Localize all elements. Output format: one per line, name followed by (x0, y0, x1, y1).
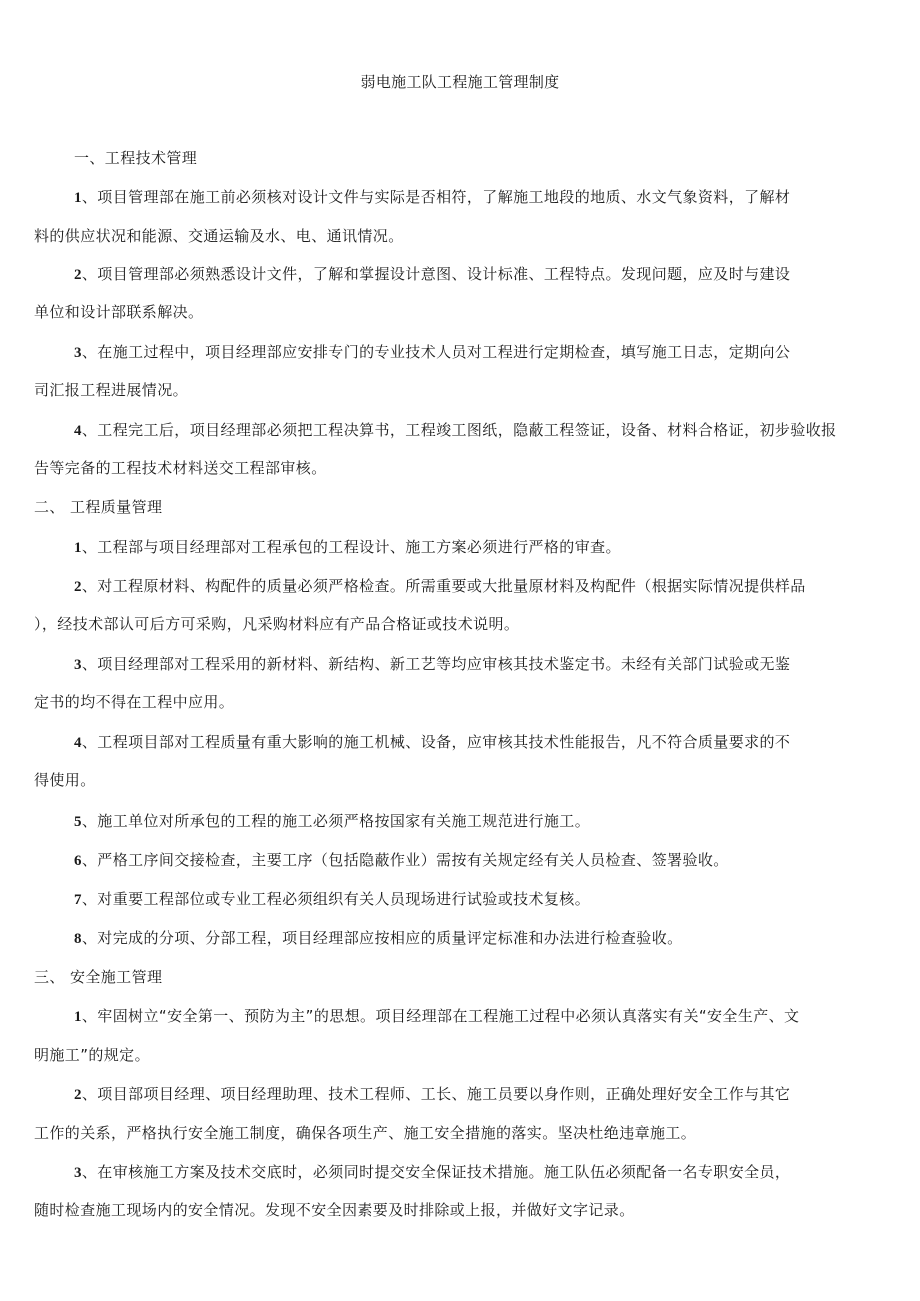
item-number: 3 (74, 657, 82, 673)
item-number: 2 (74, 579, 82, 595)
document-page: 弱电施工队工程施工管理制度 一、工程技术管理 1、项目管理部在施工前必须核对设计… (0, 0, 920, 1301)
item-text: 、在施工过程中，项目经理部应安排专门的专业技术人员对工程进行定期检查，填写施工日… (82, 343, 790, 361)
item-number: 3 (74, 1165, 82, 1181)
paragraph-line: 4、工程完工后，项目经理部必须把工程决算书，工程竣工图纸，隐蔽工程签证，设备、材… (74, 420, 837, 441)
paragraph-line: 单位和设计部联系解决。 (34, 302, 203, 322)
paragraph-line: ），经技术部认可后方可采购，凡采购材料应有产品合格证或技术说明。 (34, 614, 519, 634)
section-heading-technical: 一、工程技术管理 (74, 148, 197, 168)
item-text: 、施工单位对所承包的工程的施工必须严格按国家有关施工规范进行施工。 (82, 812, 590, 830)
item-number: 4 (74, 735, 82, 751)
paragraph-line: 2、项目部项目经理、项目经理助理、技术工程师、工长、施工员要以身作则，正确处理好… (74, 1084, 790, 1105)
paragraph-line: 得使用。 (34, 770, 96, 790)
paragraph-line: 3、在施工过程中，项目经理部应安排专门的专业技术人员对工程进行定期检查，填写施工… (74, 342, 790, 363)
item-number: 8 (74, 931, 82, 947)
item-number: 1 (74, 190, 82, 206)
document-title: 弱电施工队工程施工管理制度 (0, 72, 920, 92)
paragraph-line: 料的供应状况和能源、交通运输及水、电、通讯情况。 (34, 226, 404, 246)
paragraph-line: 司汇报工程进展情况。 (34, 380, 188, 400)
paragraph-line: 3、项目经理部对工程采用的新材料、新结构、新工艺等均应审核其技术鉴定书。未经有关… (74, 654, 790, 675)
item-text: 、工程部与项目经理部对工程承包的工程设计、施工方案必须进行严格的审查。 (82, 538, 621, 556)
item-text: 、项目管理部在施工前必须核对设计文件与实际是否相符，了解施工地段的地质、水文气象… (82, 188, 790, 206)
item-text: 、项目经理部对工程采用的新材料、新结构、新工艺等均应审核其技术鉴定书。未经有关部… (82, 655, 790, 673)
paragraph-line: 1、工程部与项目经理部对工程承包的工程设计、施工方案必须进行严格的审查。 (74, 537, 621, 558)
item-text: 、对完成的分项、分部工程，项目经理部应按相应的质量评定标准和办法进行检查验收。 (82, 929, 683, 947)
item-text: 、工程完工后，项目经理部必须把工程决算书，工程竣工图纸，隐蔽工程签证，设备、材料… (82, 421, 837, 439)
item-number: 1 (74, 1009, 82, 1025)
item-number: 1 (74, 540, 82, 556)
item-number: 3 (74, 345, 82, 361)
paragraph-line: 5、施工单位对所承包的工程的施工必须严格按国家有关施工规范进行施工。 (74, 811, 590, 832)
paragraph-line: 1、牢固树立“安全第一、预防为主”的思想。项目经理部在工程施工过程中必须认真落实… (74, 1006, 799, 1027)
paragraph-line: 定书的均不得在工程中应用。 (34, 692, 234, 712)
item-text: 、项目管理部必须熟悉设计文件，了解和掌握设计意图、设计标准、工程特点。发现问题，… (82, 265, 790, 283)
paragraph-line: 2、对工程原材料、构配件的质量必须严格检查。所需重要或大批量原材料及构配件（根据… (74, 576, 806, 597)
paragraph-line: 明施工”的规定。 (34, 1045, 150, 1065)
paragraph-line: 7、对重要工程部位或专业工程必须组织有关人员现场进行试验或技术复核。 (74, 889, 590, 910)
paragraph-line: 随时检查施工现场内的安全情况。发现不安全因素要及时排除或上报，并做好文字记录。 (34, 1200, 635, 1220)
item-number: 6 (74, 853, 82, 869)
paragraph-line: 8、对完成的分项、分部工程，项目经理部应按相应的质量评定标准和办法进行检查验收。 (74, 928, 683, 949)
item-number: 4 (74, 423, 82, 439)
section-heading-safety: 三、 安全施工管理 (34, 967, 162, 987)
item-text: 、在审核施工方案及技术交底时，必须同时提交安全保证技术措施。施工队伍必须配备一名… (82, 1163, 790, 1181)
item-number: 7 (74, 892, 82, 908)
item-text: 、牢固树立“安全第一、预防为主”的思想。项目经理部在工程施工过程中必须认真落实有… (82, 1007, 800, 1025)
paragraph-line: 工作的关系，严格执行安全施工制度，确保各项生产、施工安全措施的落实。坚决杜绝违章… (34, 1123, 696, 1143)
paragraph-line: 4、工程项目部对工程质量有重大影响的施工机械、设备，应审核其技术性能报告，凡不符… (74, 732, 790, 753)
item-number: 2 (74, 1087, 82, 1103)
paragraph-line: 2、项目管理部必须熟悉设计文件，了解和掌握设计意图、设计标准、工程特点。发现问题… (74, 264, 790, 285)
item-text: 、严格工序间交接检查，主要工序（包括隐蔽作业）需按有关规定经有关人员检查、签署验… (82, 851, 729, 869)
paragraph-line: 3、在审核施工方案及技术交底时，必须同时提交安全保证技术措施。施工队伍必须配备一… (74, 1162, 790, 1183)
paragraph-line: 6、严格工序间交接检查，主要工序（包括隐蔽作业）需按有关规定经有关人员检查、签署… (74, 850, 729, 871)
paragraph-line: 1、项目管理部在施工前必须核对设计文件与实际是否相符，了解施工地段的地质、水文气… (74, 187, 790, 208)
item-number: 2 (74, 267, 82, 283)
paragraph-line: 告等完备的工程技术材料送交工程部审核。 (34, 458, 327, 478)
item-text: 、对工程原材料、构配件的质量必须严格检查。所需重要或大批量原材料及构配件（根据实… (82, 577, 806, 595)
section-heading-quality: 二、 工程质量管理 (34, 497, 162, 517)
item-number: 5 (74, 814, 82, 830)
item-text: 、对重要工程部位或专业工程必须组织有关人员现场进行试验或技术复核。 (82, 890, 590, 908)
item-text: 、项目部项目经理、项目经理助理、技术工程师、工长、施工员要以身作则，正确处理好安… (82, 1085, 790, 1103)
item-text: 、工程项目部对工程质量有重大影响的施工机械、设备，应审核其技术性能报告，凡不符合… (82, 733, 790, 751)
